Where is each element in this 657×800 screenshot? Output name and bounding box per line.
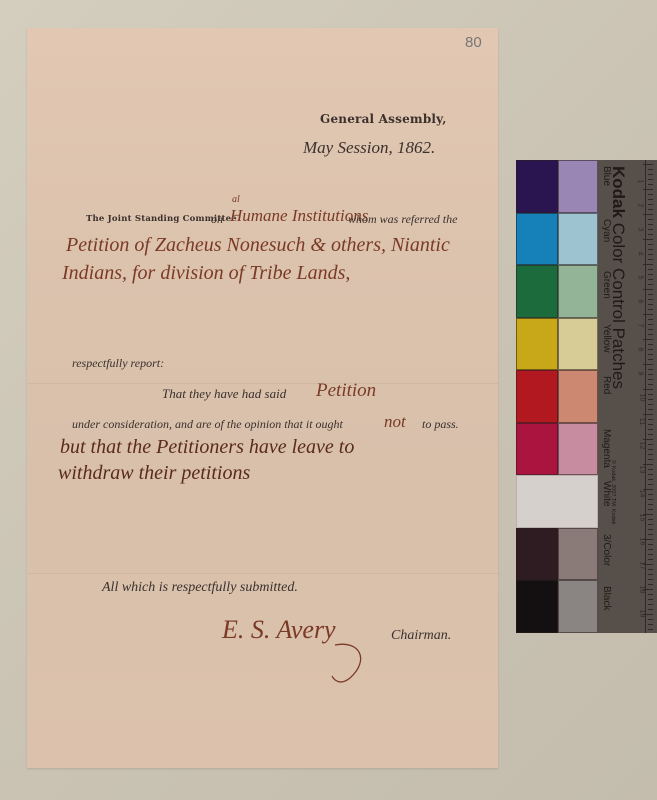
ruler-tick	[648, 624, 653, 625]
patch-label: Magenta	[601, 429, 612, 468]
ruler-tick	[648, 274, 653, 275]
ruler-tick	[648, 384, 653, 385]
ruler-tick	[648, 559, 653, 560]
ruler-tick	[648, 269, 653, 270]
ruler-tick	[648, 174, 653, 175]
ruler-tick	[648, 609, 653, 610]
ruler-tick	[648, 499, 653, 500]
ruler-tick	[648, 519, 653, 520]
patch-label: Green	[601, 271, 612, 299]
report-line-2-handwritten: not	[384, 412, 406, 432]
ruler-tick	[648, 224, 653, 225]
ruler-tick	[648, 374, 653, 375]
ruler-strip: Kodak Color Control Patches © Kodak, 200…	[598, 160, 657, 633]
color-patch-cyan-dark	[516, 213, 558, 266]
color-patch-blue-dark	[516, 160, 558, 213]
ruler-tick	[648, 344, 653, 345]
patch-label: Red	[601, 376, 612, 394]
ruler-tick	[648, 554, 653, 555]
ruler-tick	[648, 199, 653, 200]
fold-line	[27, 383, 498, 384]
ruler-tick	[648, 629, 653, 630]
ruler-number: 5	[636, 276, 643, 280]
ruler-tick	[648, 549, 653, 550]
report-intro: respectfully report:	[72, 356, 164, 371]
ruler-tick	[648, 429, 653, 430]
color-patch-white	[516, 475, 598, 528]
patch-label: Blue	[601, 166, 612, 186]
ruler-tick	[648, 324, 653, 325]
ruler-number: 4	[636, 252, 643, 256]
ruler-number: 2	[636, 204, 643, 208]
ruler-tick	[648, 359, 653, 360]
committee-superscript: al	[232, 194, 240, 205]
petition-line-2: Indians, for division of Tribe Lands,	[62, 262, 350, 285]
report-line-2-printed-b: to pass.	[422, 417, 459, 432]
closing-line: All which is respectfully submitted.	[102, 580, 298, 596]
ruler-tick	[648, 369, 653, 370]
ruler-tick	[648, 474, 653, 475]
ruler-tick	[648, 329, 653, 330]
ruler-number: 7	[636, 324, 643, 328]
ruler-tick	[648, 459, 653, 460]
ruler-tick	[648, 194, 653, 195]
color-patch-blue-light	[558, 160, 598, 213]
ruler-tick	[648, 184, 653, 185]
report-line-1-printed: That they have had said	[162, 386, 286, 402]
petition-line-1: Petition of Zacheus Nonesuch & others, N…	[66, 234, 450, 257]
ruler-tick	[648, 524, 653, 525]
ruler-tick	[648, 534, 653, 535]
ruler-tick	[648, 244, 653, 245]
ruler-tick	[648, 509, 653, 510]
header-title: General Assembly,	[320, 112, 447, 126]
color-patch-red-light	[558, 370, 598, 423]
color-patch-black-dark	[516, 580, 558, 633]
ruler-number: 9	[636, 372, 643, 376]
signature-title: Chairman.	[391, 628, 451, 644]
patch-label: Yellow	[601, 324, 612, 353]
ruler-tick	[648, 484, 653, 485]
session-line: May Session, 1862.	[303, 138, 435, 158]
color-patch-3color-dark	[516, 528, 558, 581]
ruler-tick	[648, 504, 653, 505]
color-patch-yellow-dark	[516, 318, 558, 371]
page-number: 80	[465, 34, 482, 51]
signature: E. S. Avery	[222, 615, 336, 645]
color-patch-green-dark	[516, 265, 558, 318]
ruler-tick	[648, 254, 653, 255]
ruler-tick	[648, 594, 653, 595]
report-line-4-handwritten: withdraw their petitions	[58, 462, 250, 485]
kodak-color-chart: Kodak Color Control Patches © Kodak, 200…	[516, 160, 657, 633]
report-line-1-handwritten: Petition	[316, 380, 376, 402]
ruler-tick	[648, 449, 653, 450]
report-line-2-printed-a: under consideration, and are of the opin…	[72, 417, 343, 432]
ruler-tick	[648, 584, 653, 585]
ruler-tick	[648, 319, 653, 320]
ruler-tick	[648, 479, 653, 480]
ruler-tick	[648, 394, 653, 395]
ruler-tick	[648, 604, 653, 605]
color-patch-magenta-dark	[516, 423, 558, 476]
ruler-tick	[648, 309, 653, 310]
ruler-tick	[648, 209, 653, 210]
ruler-tick	[648, 204, 653, 205]
ruler-tick	[648, 304, 653, 305]
color-patch-magenta-light	[558, 423, 598, 476]
ruler-tick	[648, 579, 653, 580]
signature-flourish	[330, 640, 370, 690]
ruler-tick	[648, 454, 653, 455]
ruler-tick	[648, 249, 653, 250]
ruler-line	[645, 160, 646, 633]
ruler-number: 8	[636, 348, 643, 352]
ruler-tick	[648, 284, 653, 285]
ruler-tick	[648, 219, 653, 220]
ruler-tick	[648, 234, 653, 235]
ruler-tick	[648, 434, 653, 435]
ruler-tick	[648, 529, 653, 530]
ruler-tick	[648, 399, 653, 400]
ruler-number: 6	[636, 300, 643, 304]
ruler-tick	[648, 259, 653, 260]
ruler-tick	[648, 419, 653, 420]
patch-label: 3/Color	[601, 534, 612, 566]
ruler-tick	[648, 379, 653, 380]
patch-label: Black	[601, 586, 612, 610]
ruler-number: 1	[636, 180, 643, 184]
ruler-tick	[648, 544, 653, 545]
ruler-tick	[648, 444, 653, 445]
ruler-tick	[648, 469, 653, 470]
ruler-tick	[648, 169, 653, 170]
ruler-tick	[648, 574, 653, 575]
referred-printed: whom was referred the	[348, 212, 457, 227]
color-patch-black-light	[558, 580, 598, 633]
ruler-tick	[648, 409, 653, 410]
ruler-tick	[648, 569, 653, 570]
ruler-tick	[648, 299, 653, 300]
ruler-tick	[648, 334, 653, 335]
ruler-tick	[648, 279, 653, 280]
patch-label: White	[601, 481, 612, 507]
ruler-tick	[648, 229, 653, 230]
report-line-3-handwritten: but that the Petitioners have leave to	[60, 436, 354, 459]
committee-on: on	[211, 212, 223, 227]
ruler-tick	[648, 294, 653, 295]
ruler-tick	[648, 179, 653, 180]
ruler-number: 3	[636, 228, 643, 232]
fold-line	[27, 573, 498, 574]
ruler-tick	[648, 404, 653, 405]
color-patch-red-dark	[516, 370, 558, 423]
ruler-tick	[648, 619, 653, 620]
ruler-tick	[648, 599, 653, 600]
ruler-tick	[648, 494, 653, 495]
ruler-tick	[648, 349, 653, 350]
color-patch-cyan-light	[558, 213, 598, 266]
patch-label: Cyan	[601, 219, 612, 242]
ruler-tick	[648, 424, 653, 425]
color-patch-yellow-light	[558, 318, 598, 371]
color-patch-green-light	[558, 265, 598, 318]
color-patch-3color-light	[558, 528, 598, 581]
ruler-tick	[648, 354, 653, 355]
